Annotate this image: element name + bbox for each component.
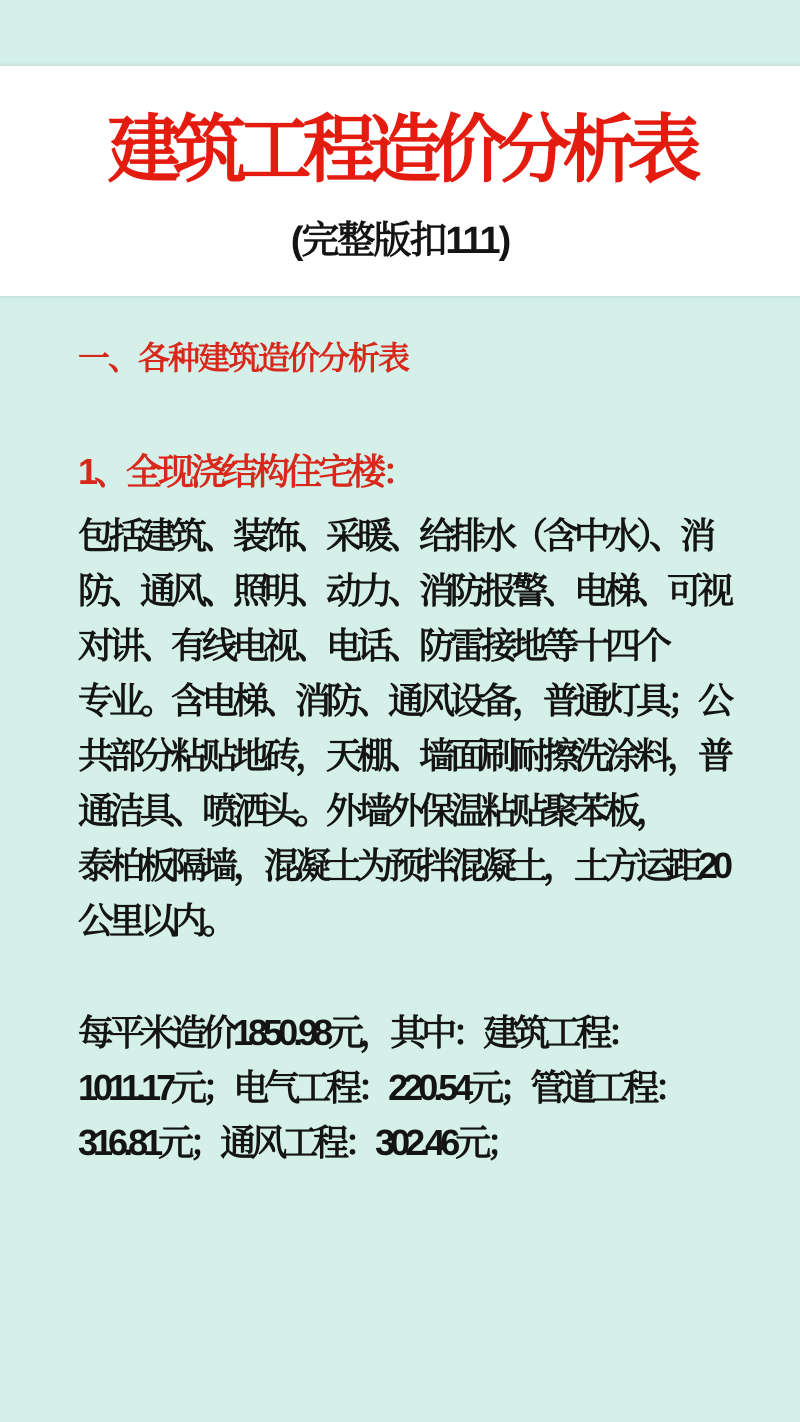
paragraph-line: 防、通风、照明、动力、消防报警、电梯、可视 xyxy=(78,563,748,618)
paragraph-line: 通洁具、喷洒头。外墙外保温粘贴聚苯板， xyxy=(78,783,748,838)
cost-line: 1011.17元；电气工程：220.54元；管道工程： xyxy=(78,1060,748,1115)
page-title: 建筑工程造价分析表 xyxy=(0,102,800,198)
cost-paragraph: 每平米造价1850.98元，其中：建筑工程： 1011.17元；电气工程：220… xyxy=(78,1005,748,1170)
paragraph-line: 泰柏板隔墙，混凝土为预拌混凝土，土方运距20 xyxy=(78,838,748,893)
section-heading: 一、各种建筑造价分析表 xyxy=(78,338,408,378)
document-page: 建筑工程造价分析表 (完整版扣111) 一、各种建筑造价分析表 1、全现浇结构住… xyxy=(0,0,800,1422)
paragraph-line: 对讲、有线电视、电话、防雷接地等十四个 xyxy=(78,618,748,673)
page-subtitle: (完整版扣111) xyxy=(0,216,800,266)
paragraph-line: 公里以内。 xyxy=(78,893,748,948)
item-heading: 1、全现浇结构住宅楼： xyxy=(78,450,414,494)
cost-line: 316.81元；通风工程：302.46元； xyxy=(78,1115,748,1170)
paragraph-line: 专业。含电梯、消防、通风设备，普通灯具；公 xyxy=(78,673,748,728)
description-paragraph: 包括建筑、装饰、采暖、给排水（含中水）、消 防、通风、照明、动力、消防报警、电梯… xyxy=(78,508,748,948)
paragraph-line: 共部分粘贴地砖，天棚、墙面刷耐擦洗涂料，普 xyxy=(78,728,748,783)
paragraph-line: 包括建筑、装饰、采暖、给排水（含中水）、消 xyxy=(78,508,748,563)
cost-line: 每平米造价1850.98元，其中：建筑工程： xyxy=(78,1005,748,1060)
